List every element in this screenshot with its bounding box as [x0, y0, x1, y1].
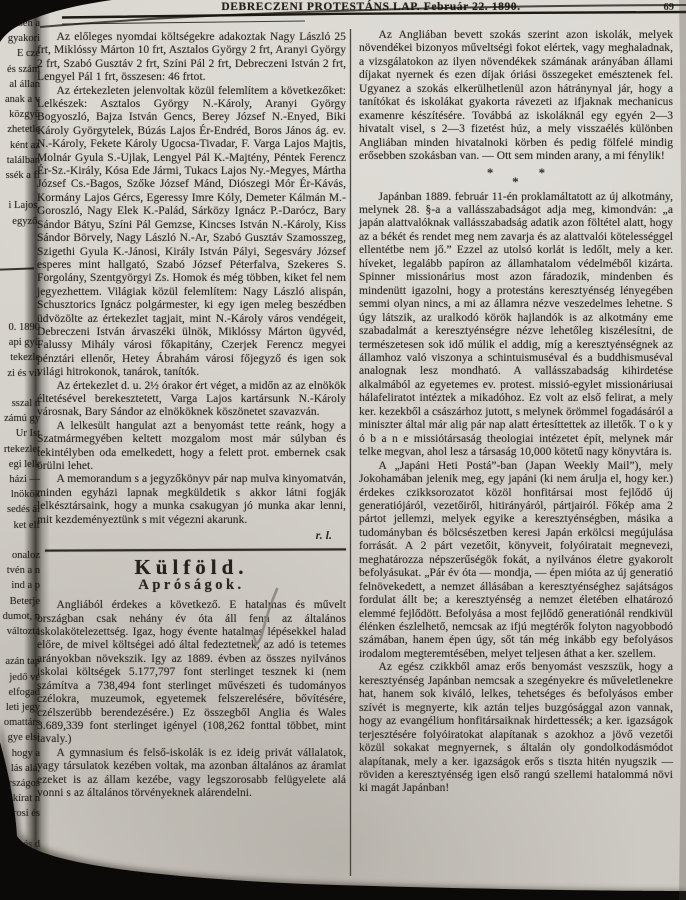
england-schools-continuation: Az Angliában bevett szokás szerint azon … — [359, 29, 673, 164]
paragraph: Az értekezleten jelenvoltak közül feleml… — [37, 85, 346, 380]
page-header: DEBRECZENI PROTESTÁNS LAP. Február 22. 1… — [60, 1, 682, 15]
england-schools-article: Angliából érdekes a következő. E hatalma… — [37, 599, 346, 800]
paragraph: A memorandum s a jegyzőkönyv pár nap mul… — [37, 473, 346, 527]
section-divider-rule — [45, 549, 346, 552]
paragraph: Az előleges nyomdai költségekre adakozta… — [37, 31, 346, 85]
right-edge-shadow — [679, 0, 686, 900]
page-number: 69 — [664, 2, 675, 13]
paragraph: Az egész czikkből amaz erős benyomást ve… — [359, 661, 673, 796]
asterisk-glyph: * — [539, 165, 546, 180]
paragraph: Az Angliában bevett szokás szerint azon … — [359, 29, 673, 164]
paragraph: Angliából érdekes a következő. E hatalma… — [37, 599, 346, 746]
japan-christianity-article: Japánban 1889. február 11-én proklamálta… — [359, 191, 673, 796]
header-rule-bottom — [62, 21, 305, 24]
section-heading-kulfold: Külföld. — [37, 561, 346, 574]
paragraph: Az értekezlet d. u. 2½ órakor ért véget,… — [37, 380, 346, 420]
left-column: Az előleges nyomdai költségekre adakozta… — [37, 31, 346, 800]
subsection-heading-aprosagok: Apróságok. — [37, 579, 346, 592]
asterisk-glyph: * — [512, 175, 519, 188]
newspaper-masthead: DEBRECZENI PROTESTÁNS LAP. Február 22. 1… — [60, 1, 682, 13]
donations-and-attendees-article: Az előleges nyomdai költségekre adakozta… — [37, 31, 346, 527]
paragraph: A „Japáni Heti Postá”-ban (Japan Weekly … — [359, 460, 673, 662]
paragraph: A gymnasium és felső-iskolák is ez ideig… — [37, 747, 346, 801]
asterisk-glyph: * — [487, 165, 494, 180]
author-initials: r. l. — [37, 529, 346, 542]
right-column: Az Angliában bevett szokás szerint azon … — [359, 29, 673, 796]
paragraph: A lelkesült hangulat azt a benyomást tet… — [37, 420, 346, 474]
scanned-newspaper-page: essen agyakoriE czéés számal állananak a… — [0, 0, 686, 900]
asterisk-separator: * * * — [359, 166, 673, 190]
binding-gutter-shadow — [24, 0, 50, 900]
paragraph: Japánban 1889. február 11-én proklamálta… — [359, 191, 673, 460]
